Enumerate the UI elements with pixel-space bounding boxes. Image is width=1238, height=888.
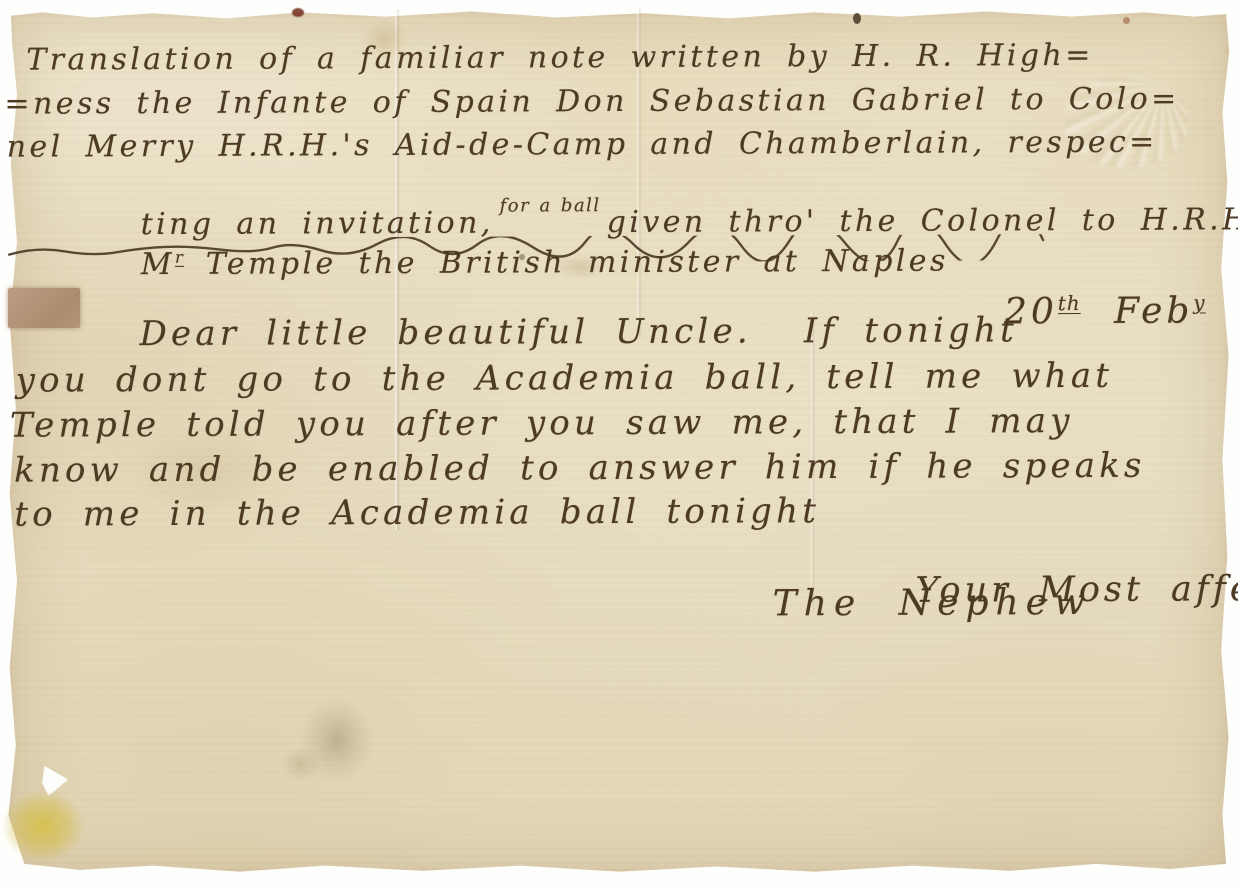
date-month-suffix: y: [1193, 291, 1205, 314]
handwriting-layer: Translation of a familiar note written b…: [0, 0, 1238, 888]
body-line: you dont go to the Academia ball, tell m…: [16, 356, 1114, 401]
signature-line: The Nephew: [773, 582, 1092, 624]
body-line: to me in the Academia ball tonight: [14, 491, 820, 535]
body-line: Temple told you after you saw me, that I…: [10, 401, 1074, 446]
header-line-1: Translation of a familiar note written b…: [26, 38, 1094, 78]
date-day-suffix: th: [1058, 292, 1081, 315]
header-line-3: nel Merry H.R.H.'s Aid-de-Camp and Chamb…: [7, 125, 1158, 165]
scanned-letter: Translation of a familiar note written b…: [0, 0, 1238, 888]
date-year: 1843: [1214, 290, 1238, 332]
body-line: know and be enabled to answer him if he …: [14, 446, 1146, 491]
header-line-2: =ness the Infante of Spain Don Sebastian…: [4, 82, 1179, 122]
body-line: Dear little beautiful Uncle. If tonight: [139, 310, 1018, 354]
date-month: Feb: [1089, 290, 1194, 331]
